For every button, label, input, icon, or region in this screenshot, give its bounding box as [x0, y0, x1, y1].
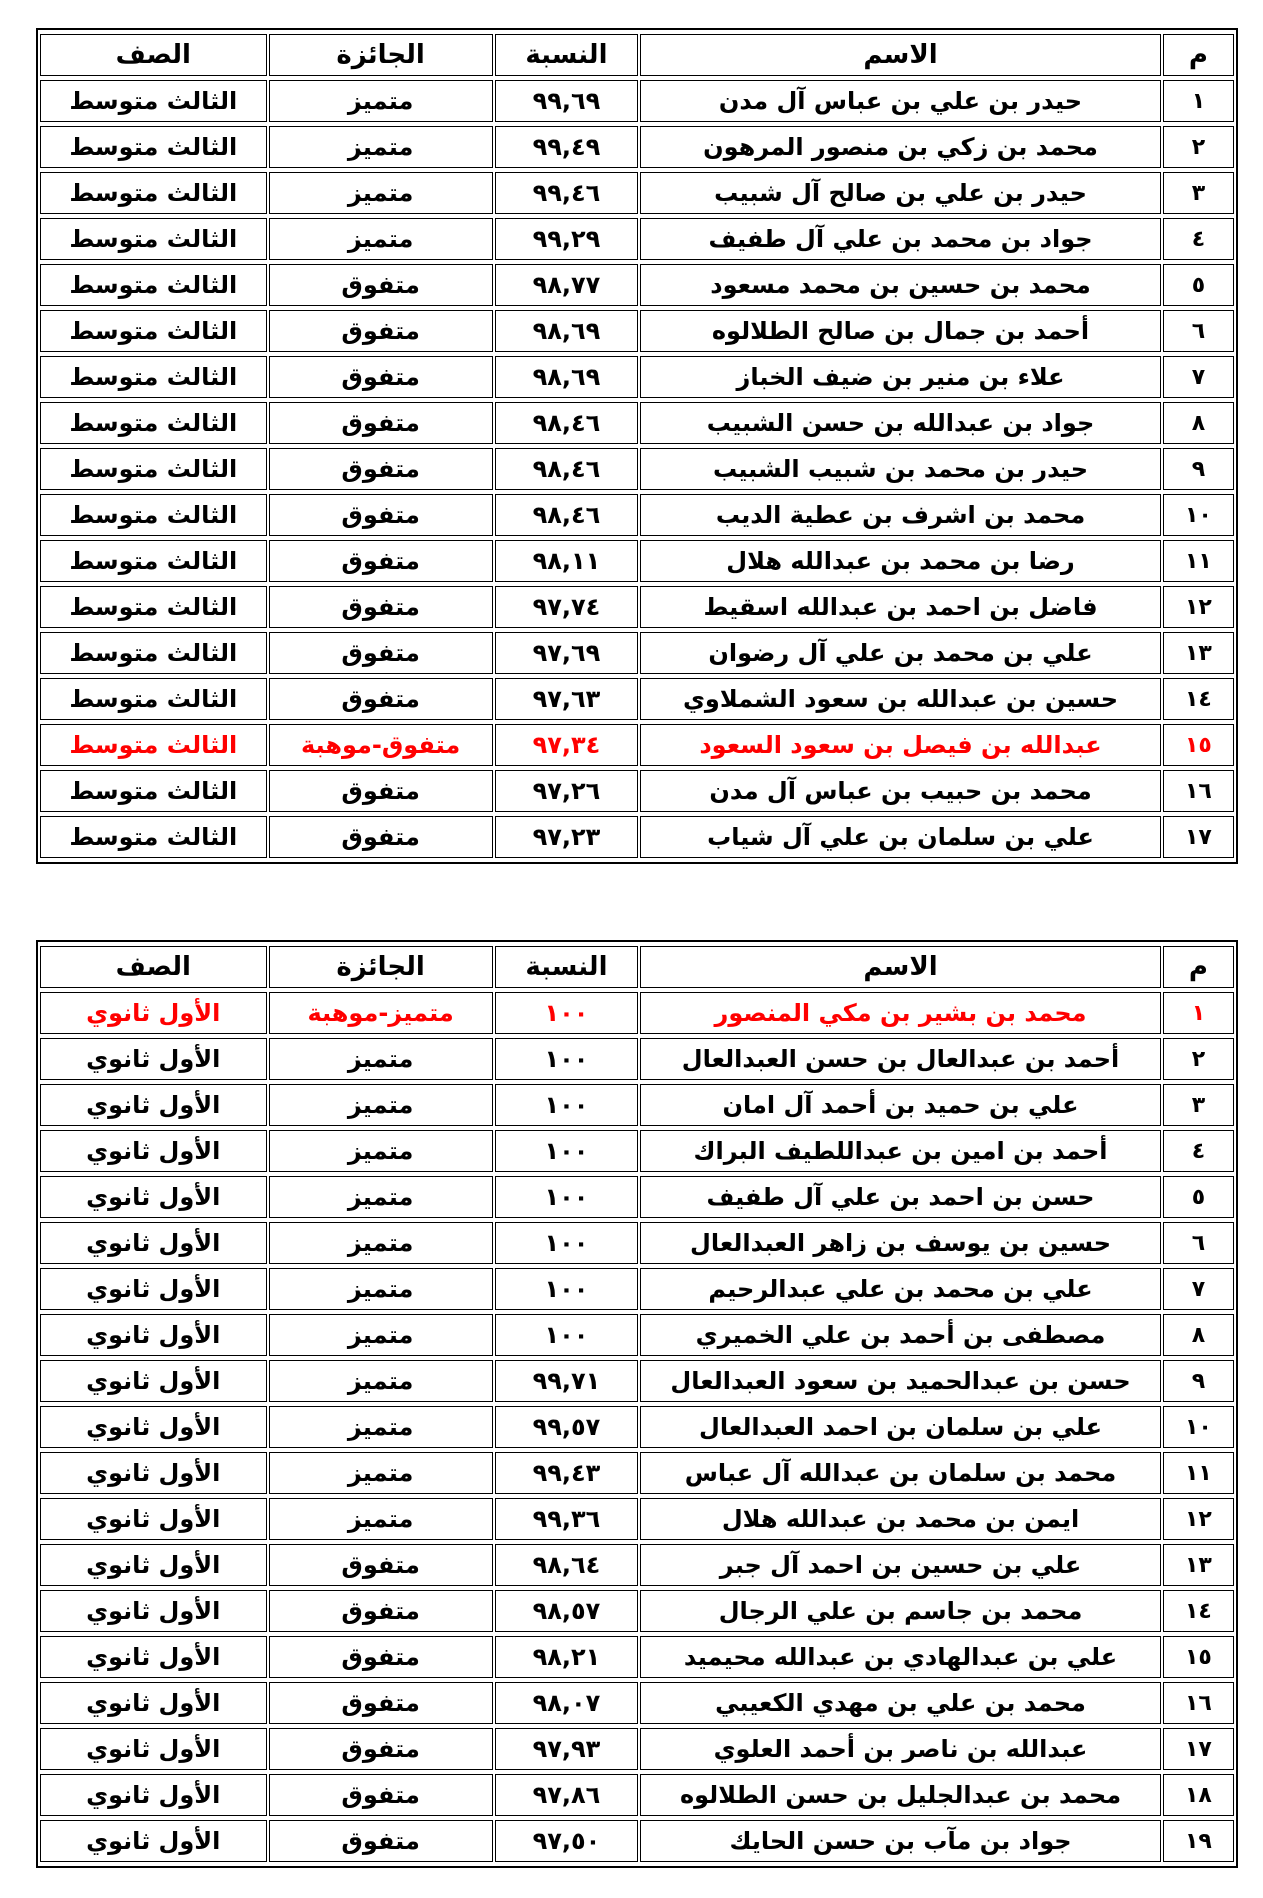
- table-row: ٧ علاء بن منير بن ضيف الخباز ٩٨,٦٩ متفوق…: [40, 356, 1234, 398]
- cell-percent: ١٠٠: [495, 1130, 639, 1172]
- header-name: الاسم: [640, 946, 1161, 988]
- cell-number: ١٩: [1163, 1820, 1234, 1862]
- cell-name: محمد بن سلمان بن عبدالله آل عباس: [640, 1452, 1161, 1494]
- table-body: ١ محمد بن بشير بن مكي المنصور ١٠٠ متميز-…: [40, 992, 1234, 1862]
- cell-grade: الثالث متوسط: [40, 724, 267, 766]
- cell-award: متميز: [269, 1176, 493, 1218]
- table-row: ١٤ حسين بن عبدالله بن سعود الشملاوي ٩٧,٦…: [40, 678, 1234, 720]
- cell-name: محمد بن علي بن مهدي الكعيبي: [640, 1682, 1161, 1724]
- cell-percent: ٩٧,٨٦: [495, 1774, 639, 1816]
- cell-award: متميز: [269, 1452, 493, 1494]
- table-row: ٦ حسين بن يوسف بن زاهر العبدالعال ١٠٠ مت…: [40, 1222, 1234, 1264]
- cell-award: متفوق: [269, 494, 493, 536]
- cell-award: متميز: [269, 1406, 493, 1448]
- cell-name: حسن بن احمد بن علي آل طفيف: [640, 1176, 1161, 1218]
- cell-grade: الثالث متوسط: [40, 448, 267, 490]
- cell-name: علي بن محمد بن علي عبدالرحيم: [640, 1268, 1161, 1310]
- cell-name: علي بن حسين بن احمد آل جبر: [640, 1544, 1161, 1586]
- cell-grade: الأول ثانوي: [40, 1544, 267, 1586]
- cell-percent: ١٠٠: [495, 992, 639, 1034]
- cell-award: متميز: [269, 1314, 493, 1356]
- cell-number: ٧: [1163, 356, 1234, 398]
- cell-grade: الثالث متوسط: [40, 310, 267, 352]
- cell-award: متميز: [269, 1038, 493, 1080]
- table-body: ١ حيدر بن علي بن عباس آل مدن ٩٩,٦٩ متميز…: [40, 80, 1234, 858]
- cell-number: ١٥: [1163, 1636, 1234, 1678]
- table-row: ٣ علي بن حميد بن أحمد آل امان ١٠٠ متميز …: [40, 1084, 1234, 1126]
- cell-grade: الأول ثانوي: [40, 1590, 267, 1632]
- table-row: ١٢ فاضل بن احمد بن عبدالله اسقيط ٩٧,٧٤ م…: [40, 586, 1234, 628]
- table-row: ٨ جواد بن عبدالله بن حسن الشبيب ٩٨,٤٦ مت…: [40, 402, 1234, 444]
- cell-number: ٤: [1163, 1130, 1234, 1172]
- cell-grade: الأول ثانوي: [40, 1314, 267, 1356]
- cell-grade: الأول ثانوي: [40, 1774, 267, 1816]
- cell-award: متفوق: [269, 816, 493, 858]
- cell-grade: الأول ثانوي: [40, 1636, 267, 1678]
- table-row: ١٢ ايمن بن محمد بن عبدالله هلال ٩٩,٣٦ مت…: [40, 1498, 1234, 1540]
- cell-percent: ١٠٠: [495, 1038, 639, 1080]
- cell-percent: ١٠٠: [495, 1314, 639, 1356]
- table-row: ٥ حسن بن احمد بن علي آل طفيف ١٠٠ متميز ا…: [40, 1176, 1234, 1218]
- table-row: ١٠ علي بن سلمان بن احمد العبدالعال ٩٩,٥٧…: [40, 1406, 1234, 1448]
- cell-percent: ٩٧,٩٣: [495, 1728, 639, 1770]
- cell-percent: ٩٨,٦٩: [495, 310, 639, 352]
- cell-percent: ٩٨,٥٧: [495, 1590, 639, 1632]
- table-row: ١٥ عبدالله بن فيصل بن سعود السعود ٩٧,٣٤ …: [40, 724, 1234, 766]
- cell-grade: الأول ثانوي: [40, 1728, 267, 1770]
- cell-award: متفوق: [269, 540, 493, 582]
- cell-number: ٣: [1163, 172, 1234, 214]
- cell-name: حيدر بن محمد بن شبيب الشبيب: [640, 448, 1161, 490]
- header-grade: الصف: [40, 34, 267, 76]
- cell-grade: الأول ثانوي: [40, 1820, 267, 1862]
- cell-number: ١: [1163, 80, 1234, 122]
- header-row: م الاسم النسبة الجائزة الصف: [40, 946, 1234, 988]
- cell-number: ٢: [1163, 1038, 1234, 1080]
- cell-percent: ٩٧,٦٣: [495, 678, 639, 720]
- table-row: ١٣ علي بن محمد بن علي آل رضوان ٩٧,٦٩ متف…: [40, 632, 1234, 674]
- cell-number: ٨: [1163, 1314, 1234, 1356]
- table-row: ٨ مصطفى بن أحمد بن علي الخميري ١٠٠ متميز…: [40, 1314, 1234, 1356]
- cell-grade: الأول ثانوي: [40, 1130, 267, 1172]
- cell-percent: ١٠٠: [495, 1084, 639, 1126]
- header-row: م الاسم النسبة الجائزة الصف: [40, 34, 1234, 76]
- cell-award: متميز: [269, 1084, 493, 1126]
- cell-grade: الثالث متوسط: [40, 678, 267, 720]
- cell-grade: الأول ثانوي: [40, 1176, 267, 1218]
- cell-number: ٩: [1163, 1360, 1234, 1402]
- cell-percent: ٩٩,٣٦: [495, 1498, 639, 1540]
- table-row: ١١ محمد بن سلمان بن عبدالله آل عباس ٩٩,٤…: [40, 1452, 1234, 1494]
- cell-percent: ٩٩,٤٣: [495, 1452, 639, 1494]
- cell-percent: ٩٧,٧٤: [495, 586, 639, 628]
- cell-percent: ٩٩,٢٩: [495, 218, 639, 260]
- cell-award: متفوق: [269, 1682, 493, 1724]
- cell-number: ٣: [1163, 1084, 1234, 1126]
- cell-percent: ٩٨,٤٦: [495, 494, 639, 536]
- cell-grade: الثالث متوسط: [40, 218, 267, 260]
- cell-award: متفوق: [269, 1544, 493, 1586]
- cell-name: عبدالله بن ناصر بن أحمد العلوي: [640, 1728, 1161, 1770]
- cell-name: علي بن حميد بن أحمد آل امان: [640, 1084, 1161, 1126]
- table-row: ١ حيدر بن علي بن عباس آل مدن ٩٩,٦٩ متميز…: [40, 80, 1234, 122]
- cell-grade: الثالث متوسط: [40, 770, 267, 812]
- table-row: ١٨ محمد بن عبدالجليل بن حسن الطلالوه ٩٧,…: [40, 1774, 1234, 1816]
- table-row: ٤ أحمد بن امين بن عبداللطيف البراك ١٠٠ م…: [40, 1130, 1234, 1172]
- table-row: ٢ أحمد بن عبدالعال بن حسن العبدالعال ١٠٠…: [40, 1038, 1234, 1080]
- cell-name: علي بن عبدالهادي بن عبدالله محيميد: [640, 1636, 1161, 1678]
- cell-award: متفوق: [269, 356, 493, 398]
- table-row: ١ محمد بن بشير بن مكي المنصور ١٠٠ متميز-…: [40, 992, 1234, 1034]
- cell-grade: الأول ثانوي: [40, 992, 267, 1034]
- cell-percent: ٩٨,٤٦: [495, 448, 639, 490]
- table-row: ١٧ علي بن سلمان بن علي آل شياب ٩٧,٢٣ متف…: [40, 816, 1234, 858]
- cell-award: متفوق-موهبة: [269, 724, 493, 766]
- cell-percent: ٩٨,١١: [495, 540, 639, 582]
- cell-number: ١: [1163, 992, 1234, 1034]
- cell-percent: ٩٨,٦٤: [495, 1544, 639, 1586]
- cell-name: ايمن بن محمد بن عبدالله هلال: [640, 1498, 1161, 1540]
- cell-grade: الثالث متوسط: [40, 80, 267, 122]
- cell-number: ٩: [1163, 448, 1234, 490]
- cell-name: محمد بن زكي بن منصور المرهون: [640, 126, 1161, 168]
- cell-percent: ٩٧,٥٠: [495, 1820, 639, 1862]
- cell-name: حسين بن يوسف بن زاهر العبدالعال: [640, 1222, 1161, 1264]
- cell-award: متفوق: [269, 632, 493, 674]
- cell-number: ٥: [1163, 1176, 1234, 1218]
- cell-number: ١٣: [1163, 632, 1234, 674]
- cell-grade: الثالث متوسط: [40, 494, 267, 536]
- cell-name: علاء بن منير بن ضيف الخباز: [640, 356, 1161, 398]
- cell-grade: الثالث متوسط: [40, 126, 267, 168]
- cell-name: حيدر بن علي بن عباس آل مدن: [640, 80, 1161, 122]
- cell-number: ٨: [1163, 402, 1234, 444]
- cell-percent: ٩٧,٦٩: [495, 632, 639, 674]
- cell-percent: ٩٧,٣٤: [495, 724, 639, 766]
- cell-percent: ٩٩,٤٦: [495, 172, 639, 214]
- cell-number: ٢: [1163, 126, 1234, 168]
- cell-grade: الثالث متوسط: [40, 632, 267, 674]
- cell-name: عبدالله بن فيصل بن سعود السعود: [640, 724, 1161, 766]
- table-row: ٦ أحمد بن جمال بن صالح الطلالوه ٩٨,٦٩ مت…: [40, 310, 1234, 352]
- cell-name: جواد بن محمد بن علي آل طفيف: [640, 218, 1161, 260]
- cell-percent: ١٠٠: [495, 1176, 639, 1218]
- cell-percent: ٩٩,٧١: [495, 1360, 639, 1402]
- table-row: ٧ علي بن محمد بن علي عبدالرحيم ١٠٠ متميز…: [40, 1268, 1234, 1310]
- cell-grade: الأول ثانوي: [40, 1268, 267, 1310]
- table-row: ٥ محمد بن حسين بن محمد مسعود ٩٨,٧٧ متفوق…: [40, 264, 1234, 306]
- cell-number: ١١: [1163, 540, 1234, 582]
- cell-award: متميز: [269, 1360, 493, 1402]
- cell-grade: الثالث متوسط: [40, 264, 267, 306]
- table-row: ٩ حسن بن عبدالحميد بن سعود العبدالعال ٩٩…: [40, 1360, 1234, 1402]
- table-row: ٢ محمد بن زكي بن منصور المرهون ٩٩,٤٩ متم…: [40, 126, 1234, 168]
- cell-name: فاضل بن احمد بن عبدالله اسقيط: [640, 586, 1161, 628]
- cell-name: محمد بن جاسم بن علي الرجال: [640, 1590, 1161, 1632]
- cell-name: محمد بن بشير بن مكي المنصور: [640, 992, 1161, 1034]
- cell-name: رضا بن محمد بن عبدالله هلال: [640, 540, 1161, 582]
- cell-number: ١٥: [1163, 724, 1234, 766]
- cell-award: متميز: [269, 172, 493, 214]
- table-row: ١١ رضا بن محمد بن عبدالله هلال ٩٨,١١ متف…: [40, 540, 1234, 582]
- cell-award: متفوق: [269, 402, 493, 444]
- table-row: ٤ جواد بن محمد بن علي آل طفيف ٩٩,٢٩ متمي…: [40, 218, 1234, 260]
- cell-percent: ٩٨,٤٦: [495, 402, 639, 444]
- cell-number: ١١: [1163, 1452, 1234, 1494]
- cell-award: متفوق: [269, 678, 493, 720]
- cell-number: ٧: [1163, 1268, 1234, 1310]
- header-name: الاسم: [640, 34, 1161, 76]
- cell-name: أحمد بن جمال بن صالح الطلالوه: [640, 310, 1161, 352]
- cell-grade: الثالث متوسط: [40, 402, 267, 444]
- cell-number: ١٠: [1163, 494, 1234, 536]
- cell-name: علي بن سلمان بن علي آل شياب: [640, 816, 1161, 858]
- cell-number: ١٨: [1163, 1774, 1234, 1816]
- cell-award: متفوق: [269, 448, 493, 490]
- cell-award: متميز: [269, 1222, 493, 1264]
- header-percent: النسبة: [495, 946, 639, 988]
- table-row: ١٥ علي بن عبدالهادي بن عبدالله محيميد ٩٨…: [40, 1636, 1234, 1678]
- table-row: ١٣ علي بن حسين بن احمد آل جبر ٩٨,٦٤ متفو…: [40, 1544, 1234, 1586]
- cell-award: متميز: [269, 1130, 493, 1172]
- cell-number: ١٢: [1163, 586, 1234, 628]
- cell-award: متفوق: [269, 586, 493, 628]
- results-table-third-intermediate: م الاسم النسبة الجائزة الصف ١ حيدر بن عل…: [36, 28, 1238, 864]
- cell-grade: الأول ثانوي: [40, 1452, 267, 1494]
- cell-number: ١٤: [1163, 1590, 1234, 1632]
- cell-award: متفوق: [269, 310, 493, 352]
- cell-name: محمد بن اشرف بن عطية الديب: [640, 494, 1161, 536]
- results-table-first-secondary: م الاسم النسبة الجائزة الصف ١ محمد بن بش…: [36, 940, 1238, 1868]
- table-row: ٩ حيدر بن محمد بن شبيب الشبيب ٩٨,٤٦ متفو…: [40, 448, 1234, 490]
- cell-award: متميز: [269, 126, 493, 168]
- cell-percent: ٩٧,٢٦: [495, 770, 639, 812]
- cell-number: ١٤: [1163, 678, 1234, 720]
- cell-percent: ٩٨,٢١: [495, 1636, 639, 1678]
- cell-number: ١٧: [1163, 1728, 1234, 1770]
- cell-award: متفوق: [269, 1820, 493, 1862]
- cell-grade: الثالث متوسط: [40, 356, 267, 398]
- cell-percent: ٩٨,٧٧: [495, 264, 639, 306]
- cell-percent: ١٠٠: [495, 1268, 639, 1310]
- cell-grade: الأول ثانوي: [40, 1084, 267, 1126]
- cell-number: ٦: [1163, 1222, 1234, 1264]
- cell-number: ١٧: [1163, 816, 1234, 858]
- cell-grade: الأول ثانوي: [40, 1498, 267, 1540]
- cell-award: متفوق: [269, 264, 493, 306]
- header-award: الجائزة: [269, 34, 493, 76]
- cell-percent: ١٠٠: [495, 1222, 639, 1264]
- cell-award: متميز: [269, 1268, 493, 1310]
- document-page: م الاسم النسبة الجائزة الصف ١ حيدر بن عل…: [0, 0, 1263, 1898]
- cell-grade: الثالث متوسط: [40, 816, 267, 858]
- cell-award: متفوق: [269, 1728, 493, 1770]
- cell-name: جواد بن عبدالله بن حسن الشبيب: [640, 402, 1161, 444]
- header-percent: النسبة: [495, 34, 639, 76]
- cell-number: ١٦: [1163, 770, 1234, 812]
- table-row: ١٤ محمد بن جاسم بن علي الرجال ٩٨,٥٧ متفو…: [40, 1590, 1234, 1632]
- cell-grade: الثالث متوسط: [40, 586, 267, 628]
- cell-award: متفوق: [269, 1636, 493, 1678]
- cell-number: ٥: [1163, 264, 1234, 306]
- header-number: م: [1163, 946, 1234, 988]
- cell-name: حسن بن عبدالحميد بن سعود العبدالعال: [640, 1360, 1161, 1402]
- cell-name: محمد بن حسين بن محمد مسعود: [640, 264, 1161, 306]
- cell-award: متميز: [269, 1498, 493, 1540]
- cell-award: متفوق: [269, 1590, 493, 1632]
- cell-number: ١٦: [1163, 1682, 1234, 1724]
- table-row: ١٦ محمد بن حبيب بن عباس آل مدن ٩٧,٢٦ متف…: [40, 770, 1234, 812]
- cell-number: ٤: [1163, 218, 1234, 260]
- cell-award: متميز: [269, 218, 493, 260]
- cell-percent: ٩٩,٥٧: [495, 1406, 639, 1448]
- cell-percent: ٩٩,٦٩: [495, 80, 639, 122]
- cell-name: علي بن محمد بن علي آل رضوان: [640, 632, 1161, 674]
- cell-number: ١٢: [1163, 1498, 1234, 1540]
- cell-percent: ٩٩,٤٩: [495, 126, 639, 168]
- cell-number: ١٠: [1163, 1406, 1234, 1448]
- cell-number: ٦: [1163, 310, 1234, 352]
- cell-grade: الثالث متوسط: [40, 172, 267, 214]
- table-row: ١٦ محمد بن علي بن مهدي الكعيبي ٩٨,٠٧ متف…: [40, 1682, 1234, 1724]
- cell-number: ١٣: [1163, 1544, 1234, 1586]
- cell-award: متميز-موهبة: [269, 992, 493, 1034]
- cell-percent: ٩٧,٢٣: [495, 816, 639, 858]
- cell-award: متميز: [269, 80, 493, 122]
- cell-grade: الأول ثانوي: [40, 1682, 267, 1724]
- header-number: م: [1163, 34, 1234, 76]
- cell-grade: الأول ثانوي: [40, 1406, 267, 1448]
- cell-grade: الأول ثانوي: [40, 1038, 267, 1080]
- cell-percent: ٩٨,٠٧: [495, 1682, 639, 1724]
- table-row: ١٧ عبدالله بن ناصر بن أحمد العلوي ٩٧,٩٣ …: [40, 1728, 1234, 1770]
- cell-name: أحمد بن عبدالعال بن حسن العبدالعال: [640, 1038, 1161, 1080]
- cell-name: جواد بن مآب بن حسن الحايك: [640, 1820, 1161, 1862]
- cell-name: حيدر بن علي بن صالح آل شبيب: [640, 172, 1161, 214]
- table-row: ١٠ محمد بن اشرف بن عطية الديب ٩٨,٤٦ متفو…: [40, 494, 1234, 536]
- cell-grade: الأول ثانوي: [40, 1222, 267, 1264]
- cell-percent: ٩٨,٦٩: [495, 356, 639, 398]
- cell-grade: الثالث متوسط: [40, 540, 267, 582]
- table-row: ٣ حيدر بن علي بن صالح آل شبيب ٩٩,٤٦ متمي…: [40, 172, 1234, 214]
- cell-name: أحمد بن امين بن عبداللطيف البراك: [640, 1130, 1161, 1172]
- cell-name: مصطفى بن أحمد بن علي الخميري: [640, 1314, 1161, 1356]
- cell-name: محمد بن حبيب بن عباس آل مدن: [640, 770, 1161, 812]
- cell-grade: الأول ثانوي: [40, 1360, 267, 1402]
- cell-award: متفوق: [269, 770, 493, 812]
- cell-award: متفوق: [269, 1774, 493, 1816]
- cell-name: علي بن سلمان بن احمد العبدالعال: [640, 1406, 1161, 1448]
- cell-name: حسين بن عبدالله بن سعود الشملاوي: [640, 678, 1161, 720]
- header-grade: الصف: [40, 946, 267, 988]
- cell-name: محمد بن عبدالجليل بن حسن الطلالوه: [640, 1774, 1161, 1816]
- header-award: الجائزة: [269, 946, 493, 988]
- table-row: ١٩ جواد بن مآب بن حسن الحايك ٩٧,٥٠ متفوق…: [40, 1820, 1234, 1862]
